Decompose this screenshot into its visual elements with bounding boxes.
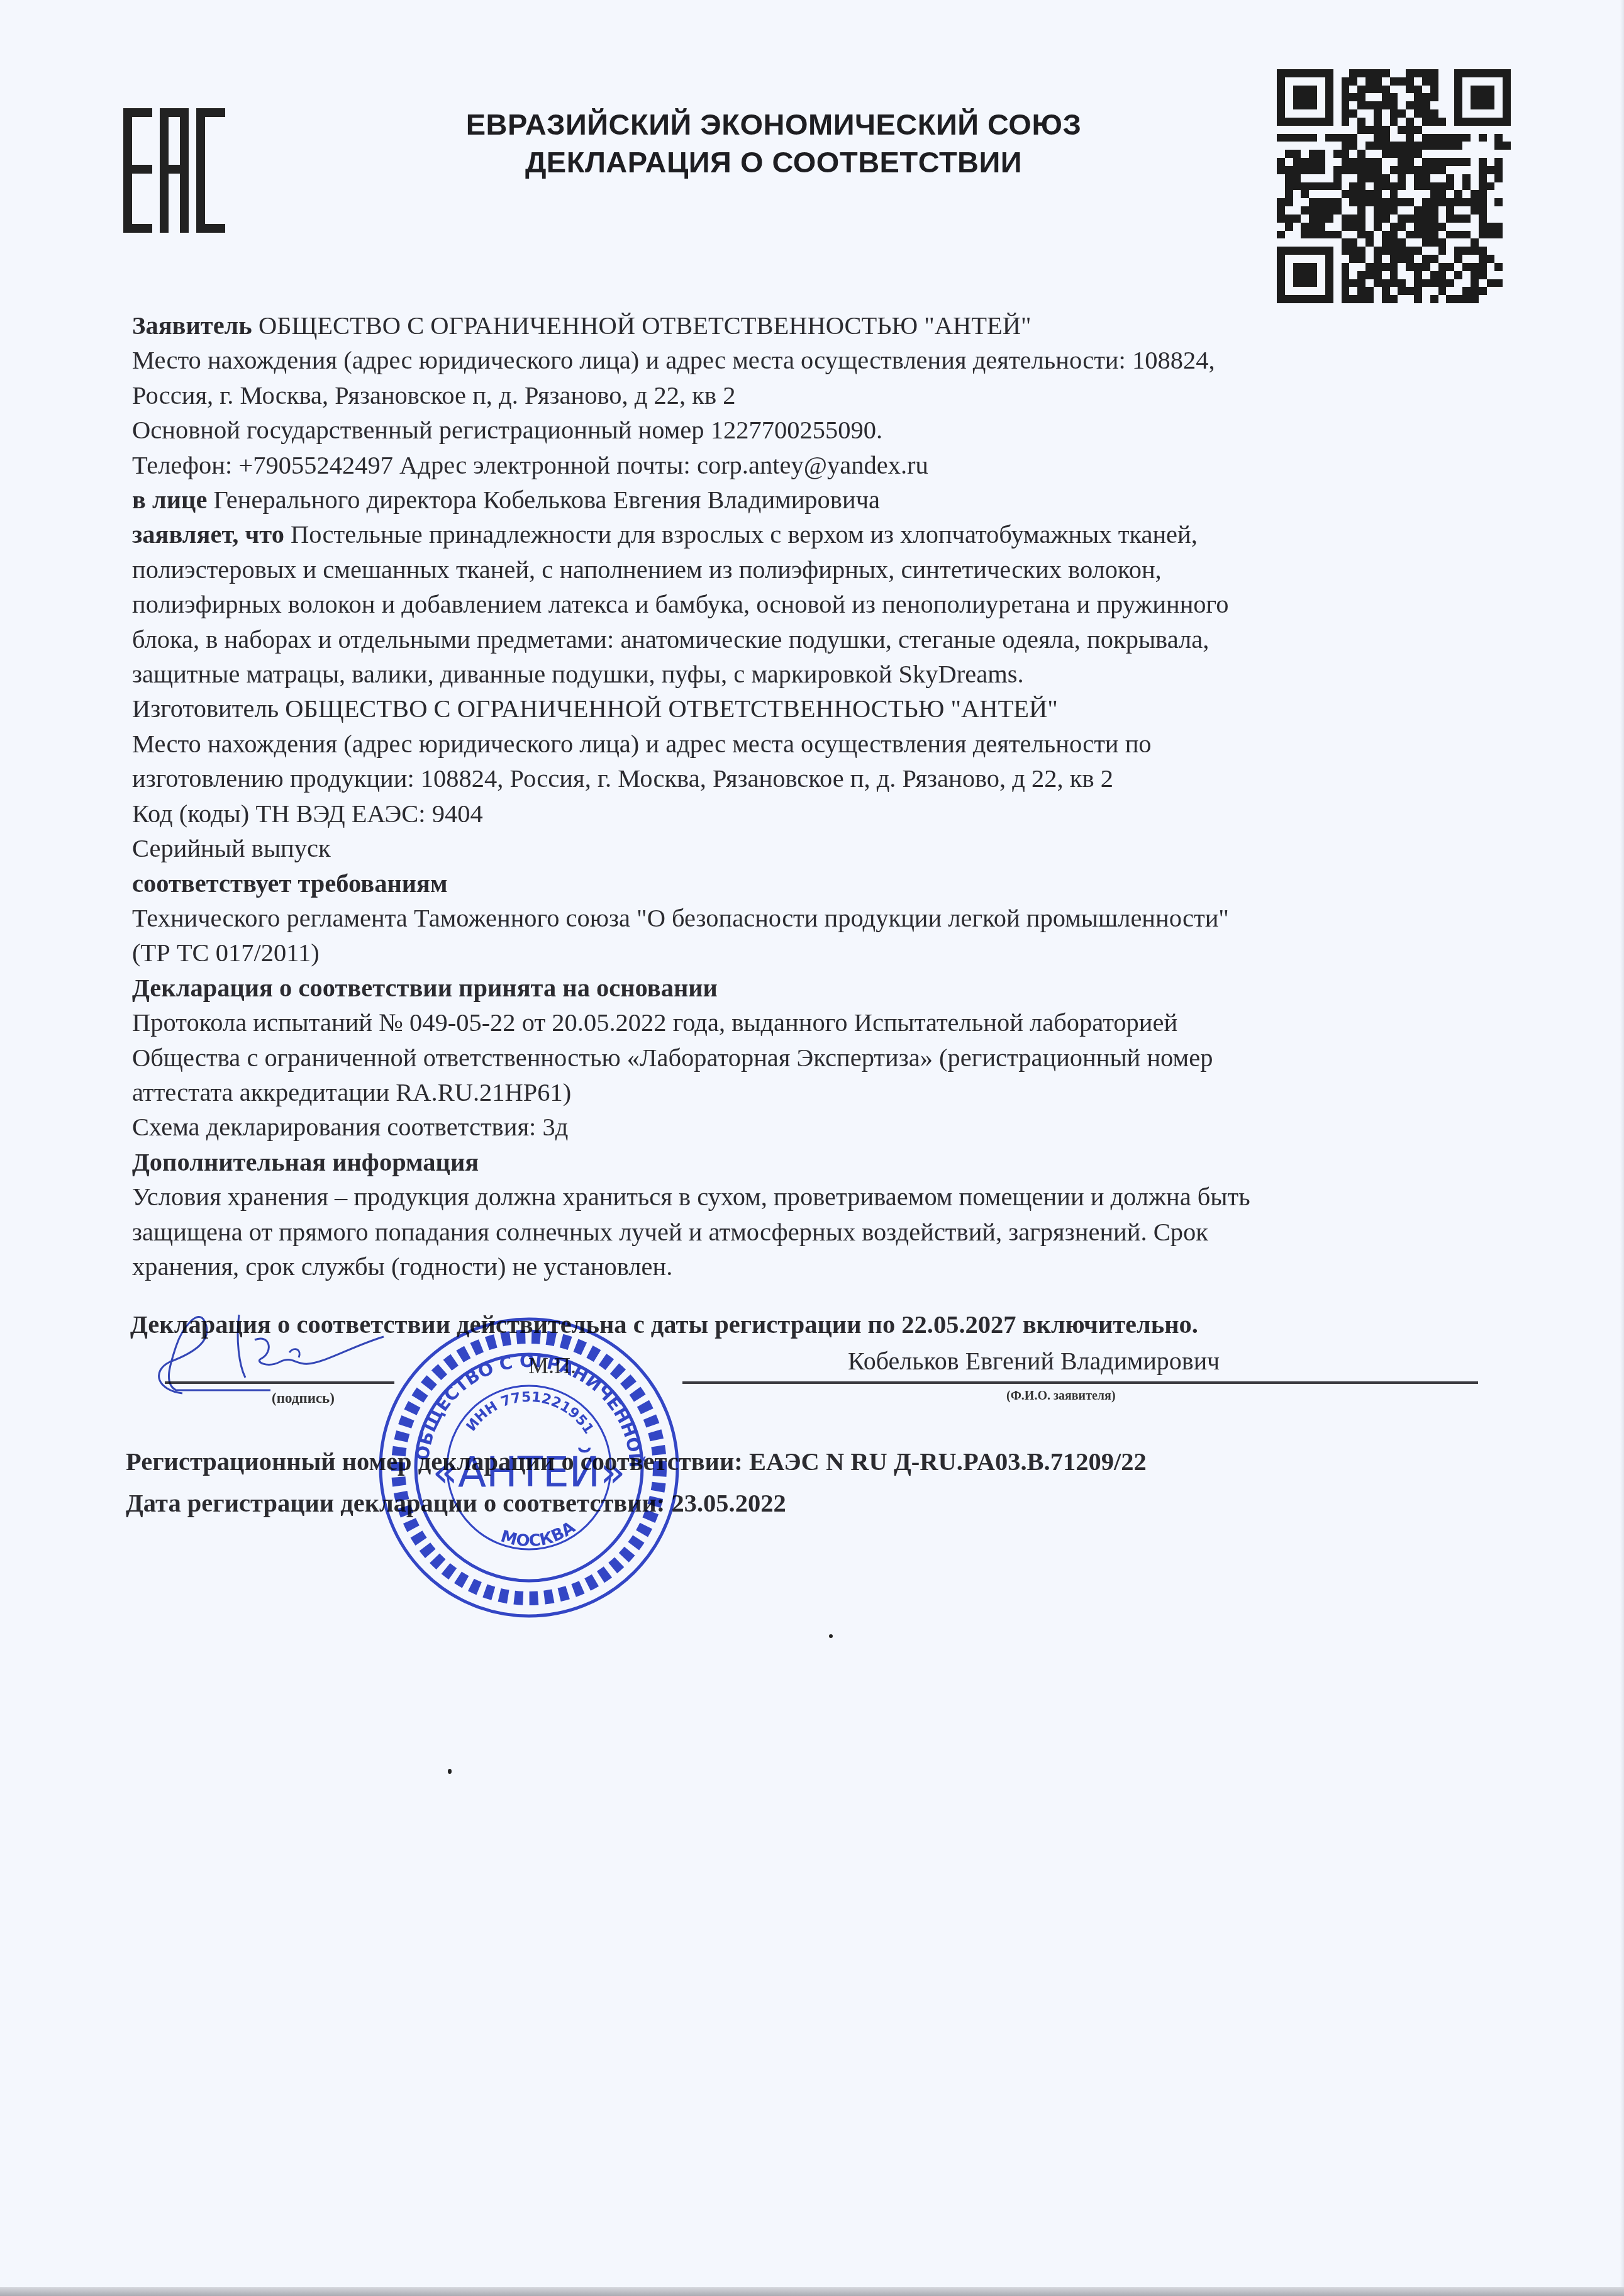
declaration-body: Заявитель ОБЩЕСТВО С ОГРАНИЧЕННОЙ ОТВЕТС… [132,308,1503,1284]
declares-text-0: Постельные принадлежности для взрослых с… [291,520,1198,549]
compliance-heading: соответствует требованиям [132,866,1503,901]
compliance-line-1: Технического регламента Таможенного союз… [132,901,1503,935]
basis-line-3: аттестата аккредитации RA.RU.21НР61) [132,1075,1503,1110]
represented-line: в лице Генерального директора Кобелькова… [132,482,1503,517]
title-declaration: ДЕКЛАРАЦИЯ О СООТВЕТСТВИИ [440,143,1107,181]
manufacturer-line: Изготовитель ОБЩЕСТВО С ОГРАНИЧЕННОЙ ОТВ… [132,691,1503,726]
applicant-label: Заявитель [132,311,252,340]
applicant-line: Заявитель ОБЩЕСТВО С ОГРАНИЧЕННОЙ ОТВЕТС… [132,308,1503,343]
additional-line-3: хранения, срок службы (годности) не уста… [132,1249,1503,1284]
manufacturer-label: Изготовитель [132,694,279,723]
svg-text:ИНН 7751221951: ИНН 7751221951 [464,1390,596,1437]
additional-line-1: Условия хранения – продукция должна хран… [132,1179,1503,1214]
manufacturer-address-1: Место нахождения (адрес юридического лиц… [132,727,1503,761]
additional-line-2: защищена от прямого попадания солнечных … [132,1215,1503,1249]
compliance-line-2: (ТР ТС 017/2011) [132,935,1503,970]
basis-line-2: Общества с ограниченной ответственностью… [132,1040,1503,1075]
basis-heading: Декларация о соответствии принята на осн… [132,971,1503,1005]
applicant-ogrn: Основной государственный регистрационный… [132,413,1503,447]
stamp-center-name: «АНТЕЙ» [433,1447,626,1496]
tn-ved-code: Код (коды) ТН ВЭД ЕАЭС: 9404 [132,796,1503,831]
represented-by: Генерального директора Кобелькова Евгени… [214,486,881,514]
eac-logo-icon [123,108,225,233]
manufacturer-address-2: изготовлению продукции: 108824, Россия, … [132,761,1503,796]
page-bottom-edge [0,2287,1624,2296]
stamp-inn: ИНН 7751221951 [464,1390,596,1437]
company-stamp-icon: ОБЩЕСТВО С ОГРАНИЧЕННОЙ ОТВЕТСТВЕННОСТЬЮ… [375,1313,683,1622]
scan-speck [448,1769,452,1774]
full-name-caption: (Ф.И.О. заявителя) [1006,1389,1116,1403]
handwritten-signature-icon [145,1302,409,1396]
applicant-contacts: Телефон: +79055242497 Адрес электронной … [132,448,1503,482]
declares-line-1: полиэстеровых и смешанных тканей, с напо… [132,552,1503,587]
qr-code-icon[interactable] [1277,69,1511,303]
title-union: ЕВРАЗИЙСКИЙ ЭКОНОМИЧЕСКИЙ СОЮЗ [440,106,1107,143]
release-type: Серийный выпуск [132,831,1503,866]
applicant-address-1: Место нахождения (адрес юридического лиц… [132,343,1503,377]
stamp-city: МОСКВА [499,1518,579,1551]
page-right-edge [1620,0,1624,2296]
full-name-line [682,1381,1478,1384]
declares-line-0: заявляет, что Постельные принадлежности … [132,517,1503,552]
additional-heading: Дополнительная информация [132,1145,1503,1179]
declares-line-2: полиэфирных волокон и добавлением латекс… [132,587,1503,621]
represented-label: в лице [132,486,207,514]
declaration-scheme: Схема декларирования соответствия: 3д [132,1110,1503,1144]
basis-line-1: Протокола испытаний № 049-05-22 от 20.05… [132,1005,1503,1040]
applicant-full-name: Кобельков Евгений Владимирович [848,1346,1220,1376]
declares-line-3: блока, в наборах и отдельными предметами… [132,622,1503,657]
applicant-address-2: Россия, г. Москва, Рязановское п, д. Ряз… [132,378,1503,413]
manufacturer-name: ОБЩЕСТВО С ОГРАНИЧЕННОЙ ОТВЕТСТВЕННОСТЬЮ… [285,694,1058,723]
svg-text:МОСКВА: МОСКВА [499,1518,579,1551]
scan-speck [829,1634,833,1638]
declares-line-4: защитные матрацы, валики, диванные подуш… [132,657,1503,691]
header-title: ЕВРАЗИЙСКИЙ ЭКОНОМИЧЕСКИЙ СОЮЗ ДЕКЛАРАЦИ… [440,106,1107,181]
declares-label: заявляет, что [132,520,284,549]
applicant-name: ОБЩЕСТВО С ОГРАНИЧЕННОЙ ОТВЕТСТВЕННОСТЬЮ… [259,311,1032,340]
